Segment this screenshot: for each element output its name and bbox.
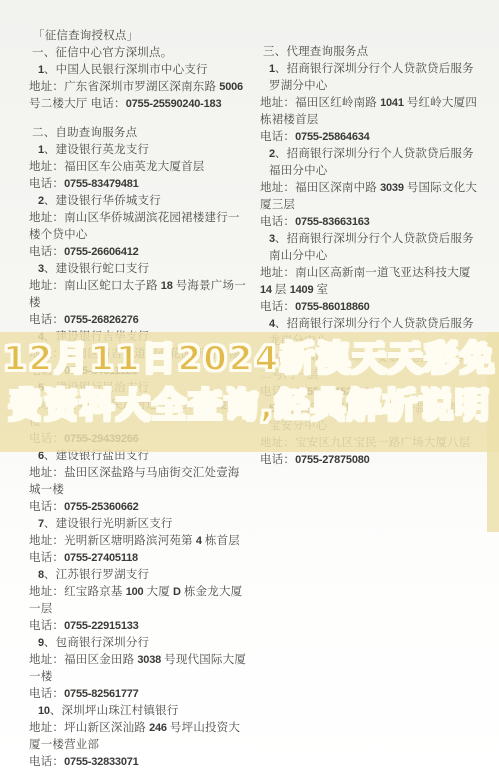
text-line-item: 2、招商银行深圳分行个人贷款贷后服务福田分中心 bbox=[260, 146, 479, 180]
text-line-addr: 地址：南山区华侨城湖滨花园裙楼建行一楼个贷中心 bbox=[29, 210, 249, 244]
text-line-item: 3、建设银行蛇口支行 bbox=[29, 261, 249, 278]
text-line-phone: 电话：0755-83479481 bbox=[29, 176, 249, 193]
text-line-item: 8、江苏银行罗湖支行 bbox=[29, 567, 249, 584]
text-line-item: 2、建设银行华侨城支行 bbox=[29, 193, 249, 210]
text-line-addr: 地址：福田区车公庙英龙大厦首层 bbox=[29, 159, 249, 176]
text-line-phone: 电话：0755-86018860 bbox=[260, 299, 479, 316]
text-line-phone: 电话：0755-83663163 bbox=[260, 214, 479, 231]
text-line-header: 「征信查询授权点」 bbox=[29, 28, 249, 45]
text-line-addr: 地址：南山区蛇口太子路 18 号海景广场一楼 bbox=[29, 278, 249, 312]
text-line-item: 10、深圳坪山珠江村镇银行 bbox=[29, 703, 249, 720]
text-line-addr: 地址：福田区红岭南路 1041 号红岭大厦四栋裙楼首层 bbox=[260, 95, 479, 129]
text-line-phone: 电话：0755-82561777 bbox=[29, 686, 249, 703]
document-page: 「征信查询授权点」一、征信中心官方深圳点。1、中国人民银行深圳市中心支行地址：广… bbox=[0, 0, 499, 778]
text-line-item: 1、建设银行英龙支行 bbox=[29, 142, 249, 159]
text-line-phone: 电话：0755-26826276 bbox=[29, 312, 249, 329]
text-line-section-gap: 二、自助查询服务点 bbox=[29, 125, 249, 142]
text-line-addr: 地址：坪山新区深汕路 246 号坪山投资大厦一楼营业部 bbox=[29, 720, 249, 754]
text-line-item: 7、建设银行光明新区支行 bbox=[29, 516, 249, 533]
text-line-item: 9、包商银行深圳分行 bbox=[29, 635, 249, 652]
text-line-phone: 电话：0755-27405118 bbox=[29, 550, 249, 567]
text-line-phone: 电话：0755-25360662 bbox=[29, 499, 249, 516]
watermark-line-1: 12月11日2024新澳天天彩免 bbox=[0, 336, 499, 383]
text-line-section: 一、征信中心官方深圳点。 bbox=[29, 45, 249, 62]
text-line-addr: 地址：光明新区塘明路滨河苑第 4 栋首层 bbox=[29, 533, 249, 550]
text-line-item: 1、招商银行深圳分行个人贷款贷后服务罗湖分中心 bbox=[260, 61, 479, 95]
text-line-addr: 地址：红宝路京基 100 大厦 D 栋金龙大厦一层 bbox=[29, 584, 249, 618]
text-line-addr: 地址：南山区高新南一道飞亚达科技大厦 14 层 1409 室 bbox=[260, 265, 479, 299]
text-line-section: 三、代理查询服务点 bbox=[260, 44, 479, 61]
watermark-line-2: 费资料大全查询,经典解析说明 bbox=[0, 383, 499, 430]
text-line-item: 3、招商银行深圳分行个人贷款贷后服务南山分中心 bbox=[260, 231, 479, 265]
text-line-phone: 电话：0755-22915133 bbox=[29, 618, 249, 635]
text-line-phone: 电话：0755-32833071 bbox=[29, 754, 249, 771]
text-line-phone: 电话：0755-26606412 bbox=[29, 244, 249, 261]
text-line-phone: 电话：0755-25864634 bbox=[260, 129, 479, 146]
text-line-phone: 电话：0755-27875080 bbox=[260, 452, 479, 469]
text-line-addr: 地址：福田区深南中路 3039 号国际文化大厦三层 bbox=[260, 180, 479, 214]
text-line-addr: 地址：广东省深圳市罗湖区深南东路 5006 号二楼大厅 电话：0755-2559… bbox=[29, 79, 249, 113]
text-line-addr: 地址：福田区金田路 3038 号现代国际大厦一楼 bbox=[29, 652, 249, 686]
watermark-text: 12月11日2024新澳天天彩免 费资料大全查询,经典解析说明 bbox=[0, 336, 499, 430]
text-line-item: 1、中国人民银行深圳市中心支行 bbox=[29, 62, 249, 79]
text-line-addr: 地址：盐田区深盐路与马庙街交汇处壹海城一楼 bbox=[29, 465, 249, 499]
